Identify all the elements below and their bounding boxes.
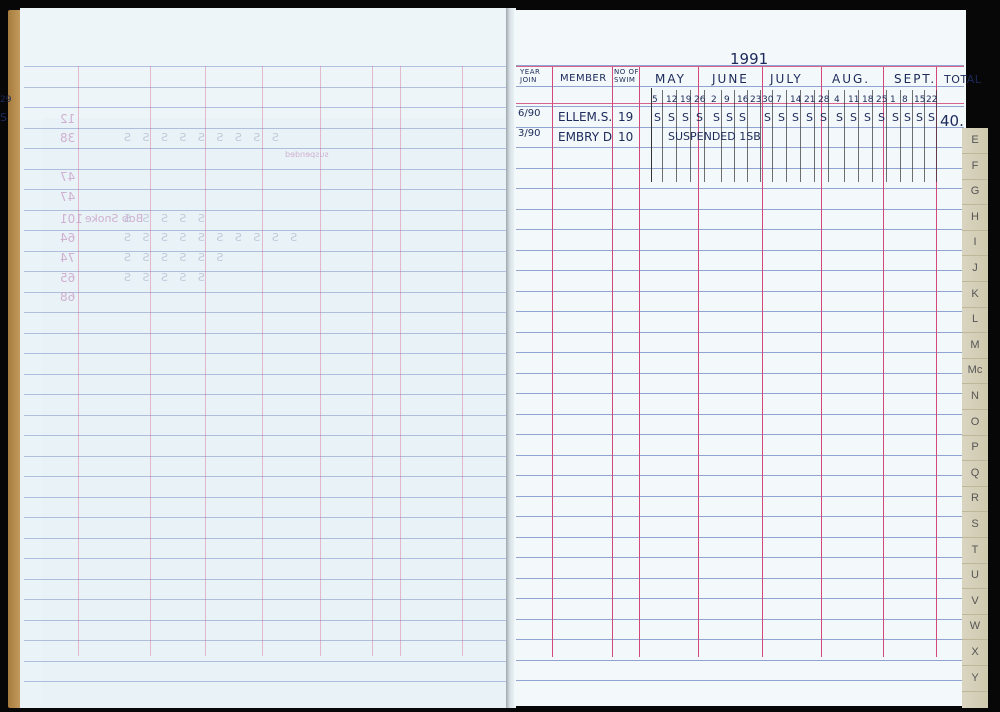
column-rule — [762, 67, 763, 657]
ruled-line — [24, 661, 506, 662]
date-2: 2 — [711, 95, 717, 105]
ruled-line — [516, 414, 964, 415]
col-total: TOTAL — [944, 73, 981, 86]
month-aug: AUG. — [832, 72, 870, 86]
attendance-mark: S — [806, 111, 813, 124]
ruled-line — [516, 639, 964, 640]
date-9: 9 — [724, 95, 730, 105]
row-joined: 6/90 — [518, 108, 540, 119]
date-4: 4 — [834, 95, 840, 105]
ruled-line — [516, 352, 964, 353]
ruled-line — [516, 270, 964, 271]
ruled-line — [516, 168, 964, 169]
bleedthrough-marks: S S S S S — [120, 271, 205, 284]
column-rule — [552, 67, 553, 657]
index-tab-j[interactable]: J — [962, 256, 988, 282]
ruled-line — [516, 516, 964, 517]
date-8: 8 — [902, 95, 908, 105]
ruled-line — [516, 332, 964, 333]
index-tab-m[interactable]: M — [962, 333, 988, 359]
index-tab-u[interactable]: U — [962, 563, 988, 589]
attendance-mark: S — [916, 111, 923, 124]
ruled-line — [24, 497, 506, 498]
ruled-line — [24, 620, 506, 621]
date-grid-rule — [844, 90, 845, 182]
ruled-line — [516, 291, 964, 292]
attendance-mark: S — [820, 111, 827, 124]
date-15: 15 — [914, 95, 925, 105]
ruled-line — [24, 538, 506, 539]
bleedthrough-marks: S S S S S S S S S S — [120, 231, 297, 244]
date-grid-rule — [786, 90, 787, 182]
date-23: 23 — [750, 95, 761, 105]
year-heading: 1991 — [730, 50, 768, 68]
column-rule — [262, 66, 263, 656]
bleedthrough-marks: S S S S S S S S S — [120, 131, 279, 144]
date-22: 22 — [926, 95, 937, 105]
column-rule — [698, 67, 699, 657]
ruled-line — [516, 455, 964, 456]
date-7: 7 — [776, 95, 782, 105]
bleedthrough-note: suspended — [285, 150, 329, 159]
ruled-line — [516, 209, 964, 210]
ruled-line — [516, 537, 964, 538]
ruled-line — [24, 476, 506, 477]
attendance-mark: S — [928, 111, 935, 124]
ruled-line — [516, 598, 964, 599]
column-rule — [372, 66, 373, 656]
column-rule — [462, 66, 463, 656]
column-rule — [400, 66, 401, 656]
date-26: 26 — [694, 95, 705, 105]
left-page-flap — [20, 8, 508, 120]
attendance-mark: S — [864, 111, 871, 124]
open-ledger-book: 1238474710164746568Bob SnokesuspendedS S… — [0, 0, 1000, 712]
column-rule — [150, 66, 151, 656]
month-june: JUNE — [712, 72, 749, 86]
attendance-mark: S — [713, 111, 720, 124]
date-grid-rule — [912, 90, 913, 182]
ruled-line — [516, 475, 964, 476]
ruled-line — [516, 250, 964, 251]
ruled-line — [516, 660, 964, 661]
ruled-line — [24, 374, 506, 375]
date-grid-rule — [662, 90, 663, 182]
ruled-line — [24, 456, 506, 457]
attendance-mark: S — [836, 111, 843, 124]
index-tab-o[interactable]: O — [962, 410, 988, 436]
index-tab-s[interactable]: S — [962, 512, 988, 538]
index-tab-i[interactable]: I — [962, 230, 988, 256]
ruled-line — [24, 681, 506, 682]
column-rule — [821, 67, 822, 657]
date-19: 19 — [680, 95, 691, 105]
attendance-mark: S — [696, 111, 703, 124]
ruled-line — [24, 292, 506, 293]
attendance-mark: S — [850, 111, 857, 124]
bleedthrough-number: 68 — [60, 290, 75, 304]
column-rule — [612, 67, 613, 657]
index-tab-l[interactable]: L — [962, 307, 988, 333]
column-rule — [639, 67, 640, 657]
bleedthrough-number: 38 — [60, 131, 75, 145]
month-may: MAY — [655, 72, 686, 86]
index-tab-q[interactable]: Q — [962, 461, 988, 487]
date-1: 1 — [890, 95, 896, 105]
col-member: MEMBER — [560, 73, 607, 84]
index-tab-x[interactable]: X — [962, 640, 988, 666]
attendance-mark: S — [739, 111, 746, 124]
ruled-line — [24, 128, 506, 129]
date-12: 12 — [666, 95, 677, 105]
date-18: 18 — [862, 95, 873, 105]
ruled-line — [24, 271, 506, 272]
attendance-mark: S — [654, 111, 661, 124]
ruled-line — [24, 599, 506, 600]
column-rule — [205, 66, 206, 656]
attendance-mark: S — [682, 111, 689, 124]
ruled-line — [24, 353, 506, 354]
month-sept: SEPT. — [894, 72, 936, 86]
row-note: SUSPENDED 1SB — [668, 130, 761, 143]
ruled-line — [516, 680, 964, 681]
index-tab-f[interactable]: F — [962, 154, 988, 180]
ruled-line — [516, 106, 964, 107]
ruled-line — [516, 578, 964, 579]
date-11: 11 — [848, 95, 859, 105]
index-tab-r[interactable]: R — [962, 486, 988, 512]
index-tab-k[interactable]: K — [962, 282, 988, 308]
attendance-mark: S — [904, 111, 911, 124]
ruled-line — [516, 373, 964, 374]
index-tab-e[interactable]: E — [962, 128, 988, 154]
ruled-line — [24, 435, 506, 436]
date-25: 25 — [876, 95, 887, 105]
ruled-line — [516, 229, 964, 230]
column-rule — [883, 67, 884, 657]
ruled-line — [24, 66, 506, 67]
ruled-line — [24, 169, 506, 170]
attendance-mark: S — [892, 111, 899, 124]
month-july: JULY — [770, 72, 803, 86]
ruled-line — [24, 251, 506, 252]
row-swims: 19 — [618, 110, 633, 124]
bleedthrough-marks: S S S S S S — [120, 251, 223, 264]
date-29: 29 — [0, 95, 11, 105]
bleedthrough-number: 65 — [60, 271, 75, 285]
date-30: 30 — [762, 95, 773, 105]
row-member: EMBRY D — [558, 130, 612, 144]
ruled-line — [516, 393, 964, 394]
ruled-line — [516, 147, 964, 148]
attendance-mark: S — [668, 111, 675, 124]
ruled-line — [24, 189, 506, 190]
ruled-line — [516, 86, 964, 87]
column-rule — [78, 66, 79, 656]
col-year-joined: YEAR JOIN — [520, 68, 554, 84]
bleedthrough-number: 47 — [60, 170, 75, 184]
attendance-mark: S — [778, 111, 785, 124]
ruled-line — [516, 434, 964, 435]
attendance-mark: S — [764, 111, 771, 124]
row-member: ELLEM.S. — [558, 110, 612, 124]
attendance-mark: S — [878, 111, 885, 124]
row-joined: 3/90 — [518, 128, 540, 139]
ruled-line — [24, 87, 506, 88]
attendance-mark: S — [0, 111, 7, 124]
row-total: 40. — [940, 112, 964, 130]
ruled-line — [24, 312, 506, 313]
ruled-line — [516, 188, 964, 189]
ruled-line — [24, 394, 506, 395]
attendance-mark: S — [792, 111, 799, 124]
index-tab-t[interactable]: T — [962, 538, 988, 564]
index-tab-g[interactable]: G — [962, 179, 988, 205]
ruled-line — [516, 127, 964, 128]
date-14: 14 — [790, 95, 801, 105]
ruled-line — [516, 311, 964, 312]
date-21: 21 — [804, 95, 815, 105]
ruled-line — [516, 619, 964, 620]
col-no-of-swim: NO OF SWIM — [614, 68, 640, 84]
alphabet-index-tabs: EFGHIJKLMMcNOPQRSTUVWXY — [962, 128, 988, 708]
ruled-line — [24, 148, 506, 149]
ruled-line — [516, 557, 964, 558]
ruled-line — [24, 517, 506, 518]
index-tab-w[interactable]: W — [962, 614, 988, 640]
index-tab-mc[interactable]: Mc — [962, 358, 988, 384]
date-16: 16 — [737, 95, 748, 105]
bleedthrough-marks: S S S S S — [120, 212, 205, 225]
bleedthrough-number: 47 — [60, 190, 75, 204]
index-tab-v[interactable]: V — [962, 589, 988, 615]
ruled-line — [24, 640, 506, 641]
ruled-line — [24, 579, 506, 580]
index-tab-p[interactable]: P — [962, 435, 988, 461]
bleedthrough-number: 101 — [60, 212, 83, 226]
index-tab-h[interactable]: H — [962, 205, 988, 231]
ruled-line — [24, 107, 506, 108]
bleedthrough-number: 74 — [60, 251, 75, 265]
date-5: 5 — [652, 95, 658, 105]
date-grid-rule — [900, 90, 901, 182]
ruled-line — [24, 415, 506, 416]
bleedthrough-number: 12 — [60, 112, 75, 126]
ruled-line — [24, 558, 506, 559]
date-28: 28 — [818, 95, 829, 105]
bleedthrough-number: 64 — [60, 231, 75, 245]
ruled-line — [24, 210, 506, 211]
row-swims: 10 — [618, 130, 633, 144]
index-tab-y[interactable]: Y — [962, 666, 988, 692]
ruled-line — [516, 496, 964, 497]
index-tab-n[interactable]: N — [962, 384, 988, 410]
ruled-line — [24, 333, 506, 334]
attendance-mark: S — [726, 111, 733, 124]
